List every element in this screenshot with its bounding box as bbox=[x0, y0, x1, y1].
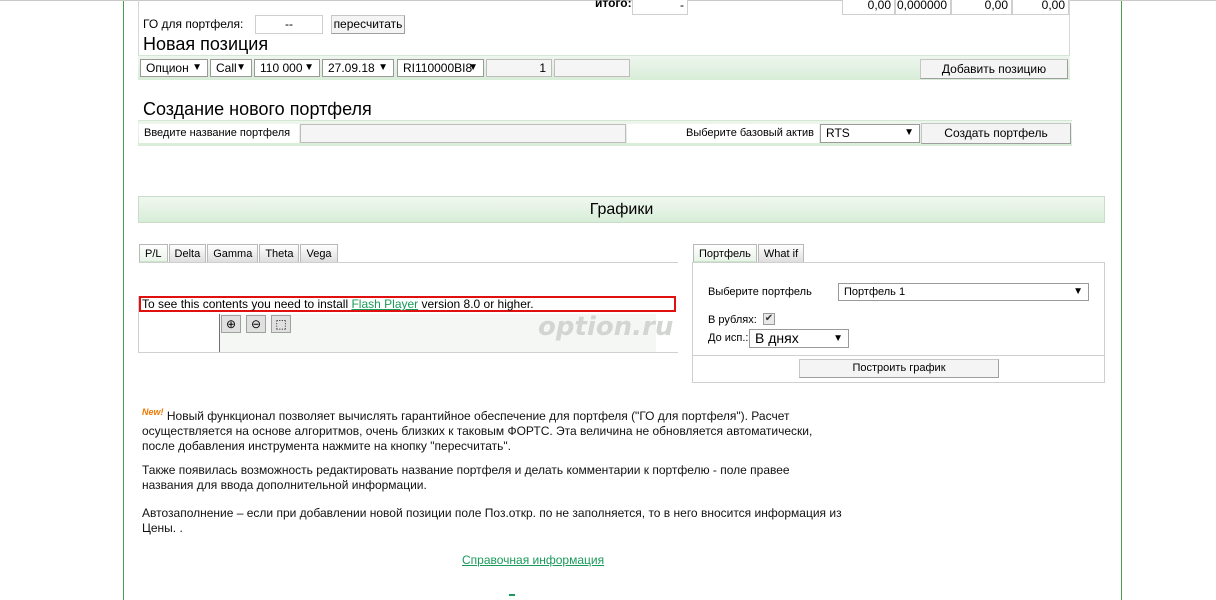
greek-tabs: P/L Delta Gamma Theta Vega bbox=[139, 244, 339, 263]
select-portfolio-label: Выберите портфель bbox=[708, 286, 812, 298]
base-asset-value: RTS bbox=[826, 126, 850, 140]
base-asset-select[interactable]: RTS▼ bbox=[820, 124, 920, 143]
expiry-mode-value: В днях bbox=[755, 330, 799, 346]
expiry-mode-label: До исп.: bbox=[708, 332, 748, 344]
portfolio-select[interactable]: Портфель 1▼ bbox=[838, 283, 1089, 301]
margin-label: ГО для портфеля: bbox=[143, 17, 243, 31]
totals-value: - bbox=[632, 0, 688, 15]
instrument-code-value: RI110000BI8 bbox=[403, 61, 472, 75]
tab-theta[interactable]: Theta bbox=[259, 244, 299, 263]
instrument-code-select[interactable]: RI110000BI8▼ bbox=[397, 59, 484, 77]
help-link[interactable]: Справочная информация bbox=[462, 553, 604, 567]
info-paragraph-2: Также появилась возможность редактироват… bbox=[142, 463, 842, 493]
info-text-1: Новый функционал позволяет вычислять гар… bbox=[142, 409, 812, 453]
settings-divider bbox=[692, 355, 1105, 356]
zoom-fit-icon[interactable]: ⬚ bbox=[271, 315, 291, 333]
margin-value: -- bbox=[255, 15, 323, 34]
chevron-down-icon: ▼ bbox=[304, 60, 314, 76]
create-portfolio-row: Введите название портфеля Выберите базов… bbox=[138, 120, 1072, 146]
strike-value: 110 000 bbox=[260, 61, 303, 75]
info-paragraph-1: New! Новый функционал позволяет вычислят… bbox=[142, 405, 842, 454]
flash-prefix: To see this contents you need to install bbox=[142, 297, 351, 311]
total-cell: 0,000000 bbox=[895, 0, 951, 15]
option-kind-value: Call bbox=[216, 61, 237, 75]
info-paragraph-3: Автозаполнение – если при добавлении нов… bbox=[142, 506, 842, 536]
portfolio-name-label: Введите название портфеля bbox=[139, 124, 299, 143]
tabs-divider bbox=[139, 262, 678, 263]
expiry-value: 27.09.18 bbox=[328, 61, 375, 75]
flash-player-link[interactable]: Flash Player bbox=[351, 297, 418, 311]
total-cell: 0,00 bbox=[951, 0, 1012, 15]
add-position-button[interactable]: Добавить позицию bbox=[920, 59, 1068, 79]
tab-vega[interactable]: Vega bbox=[300, 244, 337, 263]
portfolio-value: Портфель 1 bbox=[844, 286, 905, 298]
expiry-select[interactable]: 27.09.18▼ bbox=[322, 59, 394, 77]
chevron-down-icon: ▼ bbox=[833, 330, 843, 347]
flash-required-message: To see this contents you need to install… bbox=[139, 296, 676, 312]
tab-pl[interactable]: P/L bbox=[139, 244, 168, 263]
quantity-input[interactable]: 1 bbox=[486, 59, 552, 77]
price-input[interactable] bbox=[554, 59, 630, 77]
chevron-down-icon: ▼ bbox=[1073, 284, 1083, 300]
portfolio-name-input[interactable] bbox=[300, 124, 626, 143]
base-asset-label: Выберите базовый актив bbox=[627, 124, 819, 143]
new-position-row: Опцион▼ Call▼ 110 000▼ 27.09.18▼ RI11000… bbox=[138, 55, 1070, 80]
tab-delta[interactable]: Delta bbox=[169, 244, 207, 263]
content-right-border bbox=[1121, 1, 1122, 600]
tab-what-if[interactable]: What if bbox=[758, 244, 804, 263]
build-chart-button[interactable]: Построить график bbox=[799, 359, 999, 378]
settings-tabs: Портфель What if bbox=[693, 244, 805, 263]
tab-portfolio[interactable]: Портфель bbox=[693, 244, 757, 263]
new-position-title: Новая позиция bbox=[143, 34, 268, 55]
option-kind-select[interactable]: Call▼ bbox=[210, 59, 252, 77]
rubles-label: В рублях: bbox=[708, 314, 757, 326]
chevron-down-icon: ▼ bbox=[468, 60, 478, 76]
tab-gamma[interactable]: Gamma bbox=[207, 244, 258, 263]
create-portfolio-title: Создание нового портфеля bbox=[143, 99, 372, 120]
cut-off-link[interactable] bbox=[509, 594, 515, 600]
expiry-mode-select[interactable]: В днях▼ bbox=[749, 329, 849, 348]
totals-label: итого: bbox=[595, 0, 632, 10]
create-portfolio-button[interactable]: Создать портфель bbox=[921, 123, 1071, 144]
total-cell: 0,00 bbox=[1012, 0, 1069, 15]
strike-select[interactable]: 110 000▼ bbox=[254, 59, 320, 77]
zoom-out-icon[interactable]: ⊖ bbox=[246, 315, 266, 333]
chevron-down-icon: ▼ bbox=[192, 60, 202, 76]
chevron-down-icon: ▼ bbox=[236, 60, 246, 76]
instrument-type-value: Опцион bbox=[146, 61, 189, 75]
chevron-down-icon: ▼ bbox=[378, 60, 388, 76]
watermark: option.ru bbox=[538, 312, 673, 342]
flash-suffix: version 8.0 or higher. bbox=[418, 297, 533, 311]
total-cell: 0,00 bbox=[842, 0, 895, 15]
new-badge: New! bbox=[142, 407, 164, 417]
instrument-type-select[interactable]: Опцион▼ bbox=[140, 59, 208, 77]
chevron-down-icon: ▼ bbox=[904, 125, 914, 141]
rubles-checkbox[interactable]: ✔ bbox=[763, 313, 775, 325]
content-left-border bbox=[123, 1, 124, 600]
recalculate-button[interactable]: пересчитать bbox=[331, 15, 405, 34]
zoom-in-icon[interactable]: ⊕ bbox=[221, 315, 241, 333]
graphs-header: Графики bbox=[138, 196, 1105, 223]
